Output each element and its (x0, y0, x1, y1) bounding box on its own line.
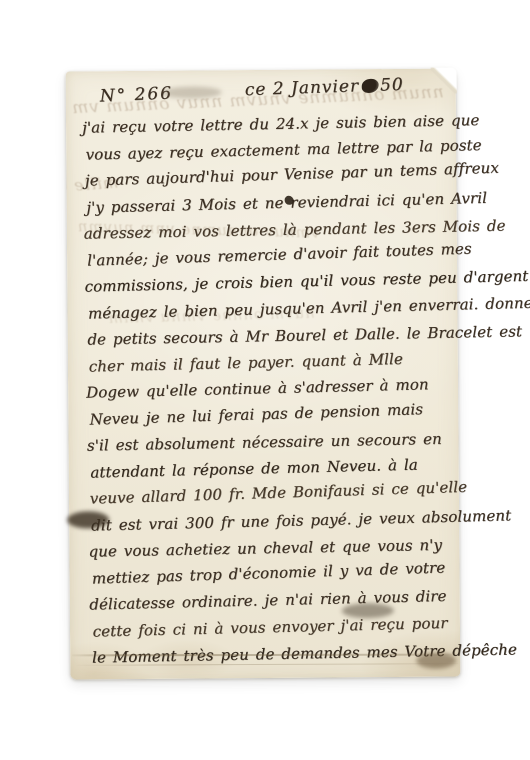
letter-date-prefix: ce 2 Janvier (244, 76, 359, 100)
letter-date-suffix: 50 (380, 75, 404, 96)
letter-date: ce 2 Janvier50 (244, 75, 404, 100)
letter-body: j'ai reçu votre lettre du 24.x je suis b… (82, 109, 457, 671)
letter-paper-sheet: nnum onnumne vnuvm nnuv onnum vm mille C… (66, 68, 461, 679)
letter-number: N° 266 (99, 83, 173, 106)
ink-blot-over-date (362, 79, 379, 94)
photo-backdrop: nnum onnumne vnuvm nnuv onnum vm mille C… (0, 0, 530, 760)
paper-corner-fold (431, 67, 457, 93)
